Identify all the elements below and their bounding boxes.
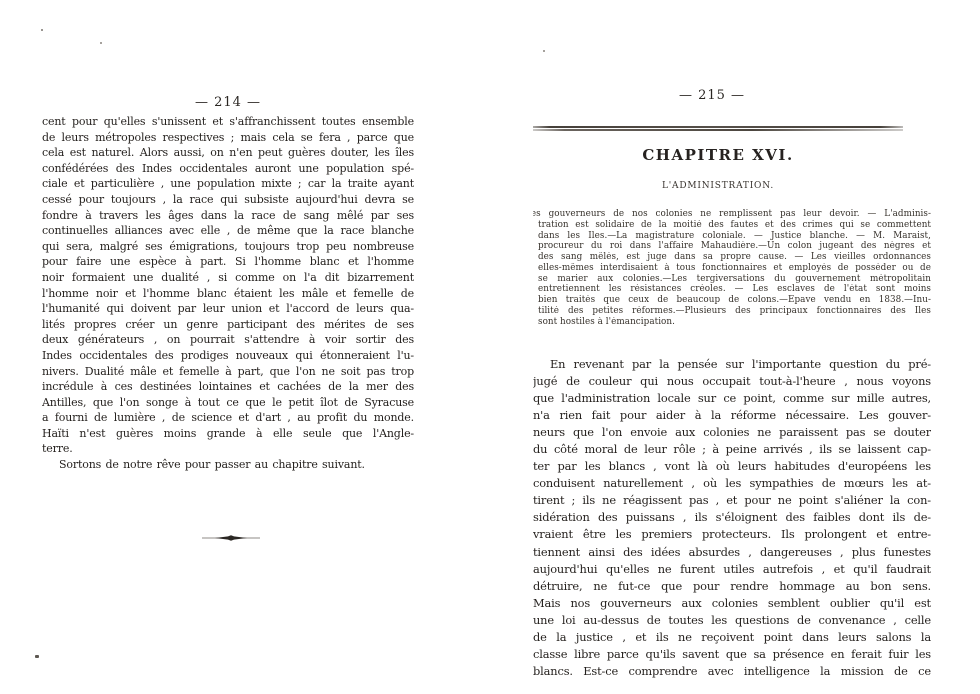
scan-speckle — [41, 29, 43, 31]
text-line: une loi au-dessus de toutes les question… — [533, 612, 931, 629]
text-line: qui sera, malgré ses émigrations, toujou… — [42, 239, 414, 255]
text-line: En revenant par la pensée sur l'importan… — [533, 356, 931, 373]
text-line: de la justice , et ils ne reçoivent poin… — [533, 629, 931, 646]
text-line: tration est solidaire de la moitié des f… — [533, 220, 931, 231]
text-line: de leurs métropoles respectives ; mais c… — [42, 130, 414, 146]
text-line: détruire, ne fut-ce que pour rendre homm… — [533, 578, 931, 595]
text-line: fondre à travers les âges dans la race d… — [42, 208, 414, 224]
text-line: deux générateurs , on pourrait s'attendr… — [42, 332, 414, 348]
left-page: — 214 — cent pour qu'elles s'unissent et… — [42, 95, 414, 655]
book-scan: — 214 — cent pour qu'elles s'unissent et… — [0, 0, 980, 694]
text-line: Antilles, que l'on songe à tout ce que l… — [42, 395, 414, 411]
scan-speckle — [100, 42, 102, 44]
text-line: que l'administration locale sur ce point… — [533, 390, 931, 407]
scan-speckle — [35, 655, 39, 658]
chapter-head-rule — [533, 126, 903, 131]
text-line: des sang mêlés, est juge dans sa propre … — [533, 252, 931, 263]
text-line: conduisent naturellement , où les sympat… — [533, 475, 931, 492]
text-line: du côté moral de leur rôle ; à peine arr… — [533, 441, 931, 458]
text-line: cela est naturel. Alors aussi, on n'en p… — [42, 145, 414, 161]
text-line: l'humanité qui doivent par leur union et… — [42, 301, 414, 317]
page-number: — 214 — — [42, 95, 414, 110]
text-line: classe libre parce qu'ils savent que sa … — [533, 646, 931, 663]
text-line: Sortons de notre rêve pour passer au cha… — [42, 457, 414, 473]
page-body-text: cent pour qu'elles s'unissent et s'affra… — [42, 114, 414, 473]
text-line: lités propres créer un genre participant… — [42, 317, 414, 333]
text-line: pour faire une espèce à part. Si l'homme… — [42, 254, 414, 270]
chapter-title: CHAPITRE XVI. — [533, 146, 917, 164]
text-line: ter par les blancs , vont là où leurs ha… — [533, 458, 931, 475]
text-line: noir formaient une dualité , si comme on… — [42, 270, 414, 286]
text-line: continuelles alliances avec elle , de mê… — [42, 223, 414, 239]
text-line: aujourd'hui qu'elles ne furent utiles au… — [533, 561, 931, 578]
text-line: cessé pour toujours , la race qui subsis… — [42, 192, 414, 208]
text-line: se marier aux colonies.—Les tergiversati… — [533, 274, 931, 285]
text-line: terre. — [42, 441, 414, 457]
text-line: bien traités que ceux de beaucoup de col… — [533, 295, 931, 306]
text-line: procureur du roi dans l'affaire Mahaudiè… — [533, 241, 931, 252]
text-line: tiennent ainsi des idées absurdes , dang… — [533, 544, 931, 561]
text-line: blancs. Est-ce comprendre avec intellige… — [533, 663, 931, 680]
text-line: incrédule à ces destinées lointaines et … — [42, 379, 414, 395]
text-line: Les gouverneurs de nos colonies ne rempl… — [533, 209, 931, 220]
chapter-subtitle: L'ADMINISTRATION. — [533, 181, 917, 191]
text-line: elles-mêmes interdisaient à tous fonctio… — [533, 263, 931, 274]
text-line: entretiennent les résistances créoles. —… — [533, 284, 931, 295]
scan-speckle — [543, 50, 545, 52]
text-line: Haïti n'est guères moins grande à elle s… — [42, 426, 414, 442]
text-line: n'a rien fait pour aider à la réforme né… — [533, 407, 931, 424]
text-line: neurs que l'on envoie aux colonies ne pa… — [533, 424, 931, 441]
right-page: — 215 — CHAPITRE XVI. L'ADMINISTRATION. … — [533, 88, 931, 688]
text-line: sont hostiles à l'émancipation. — [533, 317, 931, 328]
page-number: — 215 — — [533, 88, 911, 103]
text-line: confédérées des Indes occidentales auron… — [42, 161, 414, 177]
text-line: nivers. Dualité mâle et femelle à part, … — [42, 364, 414, 380]
chapter-summary: Les gouverneurs de nos colonies ne rempl… — [533, 209, 931, 327]
text-line: Mais nos gouverneurs aux colonies semble… — [533, 595, 931, 612]
text-line: l'homme noir et l'homme blanc étaient le… — [42, 286, 414, 302]
text-line: tilité des petites réformes.—Plusieurs d… — [533, 306, 931, 317]
text-line: Indes occidentales des prodiges nouveaux… — [42, 348, 414, 364]
text-line: dans les Iles.—La magistrature coloniale… — [533, 231, 931, 242]
section-divider-ornament — [201, 534, 261, 542]
text-line: cent pour qu'elles s'unissent et s'affra… — [42, 114, 414, 130]
text-line: jugé de couleur qui nous occupait tout-à… — [533, 373, 931, 390]
text-line: tirent ; ils ne réagissent pas , et pour… — [533, 492, 931, 509]
text-line: a fourni de lumière , de science et d'ar… — [42, 410, 414, 426]
text-line: ciale et particulière , une population m… — [42, 176, 414, 192]
text-line: sidération des puissans , ils s'éloignen… — [533, 509, 931, 526]
page-body-text: En revenant par la pensée sur l'importan… — [533, 356, 931, 680]
text-line: vraient être les premiers protecteurs. I… — [533, 526, 931, 543]
